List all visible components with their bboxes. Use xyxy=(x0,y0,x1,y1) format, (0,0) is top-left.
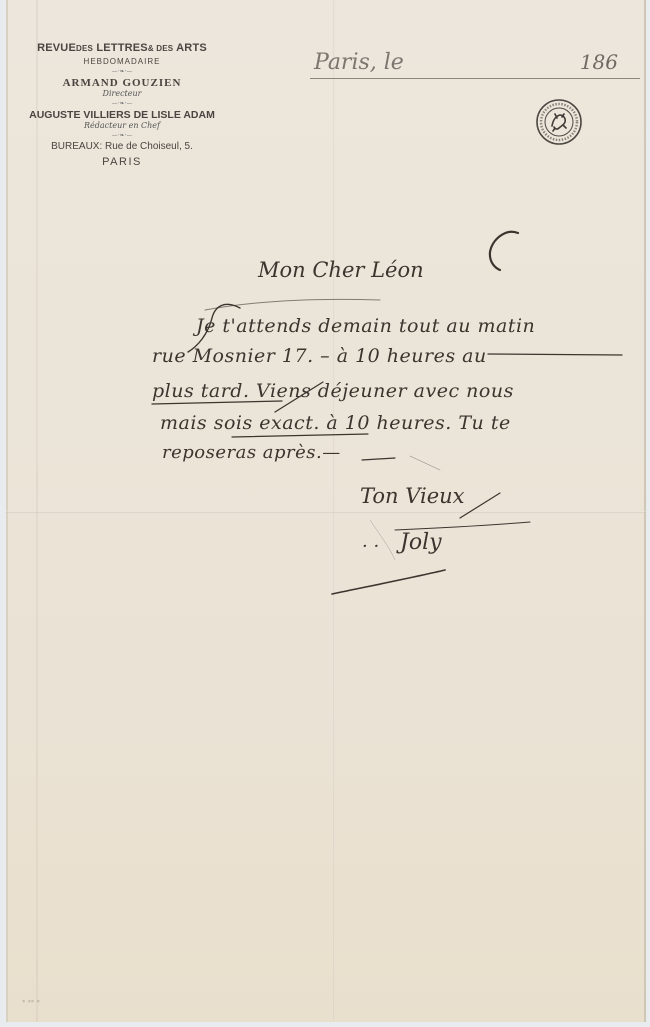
closing: Ton Vieux xyxy=(360,484,465,508)
title-word: LETTRES xyxy=(96,42,148,54)
publication-title: REVUEDES LETTRES& DES ARTS xyxy=(22,42,222,54)
date-year: 186 xyxy=(580,50,618,74)
letter-line-1: Je t'attends demain tout au matin xyxy=(196,315,535,337)
office-city: PARIS xyxy=(22,156,222,168)
vertical-fold-line xyxy=(332,0,335,1022)
editor-name: AUGUSTE VILLIERS DE LISLE ADAM xyxy=(22,109,222,121)
horizontal-fold-line xyxy=(6,511,646,514)
editor-role: Rédacteur en Chef xyxy=(22,121,222,130)
dateline: Paris, le 186 xyxy=(310,50,640,79)
title-word: REVUE xyxy=(37,42,76,54)
ornament-divider: —·❧·— xyxy=(22,68,222,75)
letter-line-5: reposeras après.— xyxy=(162,442,341,463)
archive-pencil-mark: ▪ ▪▪ ▪ xyxy=(22,996,40,1006)
director-role: Directeur xyxy=(22,89,222,98)
title-word: DES xyxy=(76,44,93,53)
library-stamp-icon xyxy=(535,98,583,146)
office-address: BUREAUX: Rue de Choiseul, 5. xyxy=(22,141,222,152)
title-word: ARTS xyxy=(176,42,207,54)
signature: Joly xyxy=(400,530,442,555)
ornament-divider: —·❧·— xyxy=(22,132,222,139)
letterhead: REVUEDES LETTRES& DES ARTS HEBDOMADAIRE … xyxy=(22,42,222,168)
letter-line-2: rue Mosnier 17. – à 10 heures au xyxy=(152,345,487,367)
signature-dots: · · xyxy=(362,536,379,557)
publication-frequency: HEBDOMADAIRE xyxy=(22,57,222,66)
letter-line-4: mais sois exact. à 10 heures. Tu te xyxy=(160,412,511,434)
salutation: Mon Cher Léon xyxy=(258,258,424,282)
director-name: ARMAND GOUZIEN xyxy=(22,77,222,89)
letter-line-3: plus tard. Viens déjeuner avec nous xyxy=(152,380,514,402)
title-word: & DES xyxy=(148,44,173,53)
ornament-divider: —·❧·— xyxy=(22,100,222,107)
date-place: Paris, le xyxy=(314,50,404,75)
